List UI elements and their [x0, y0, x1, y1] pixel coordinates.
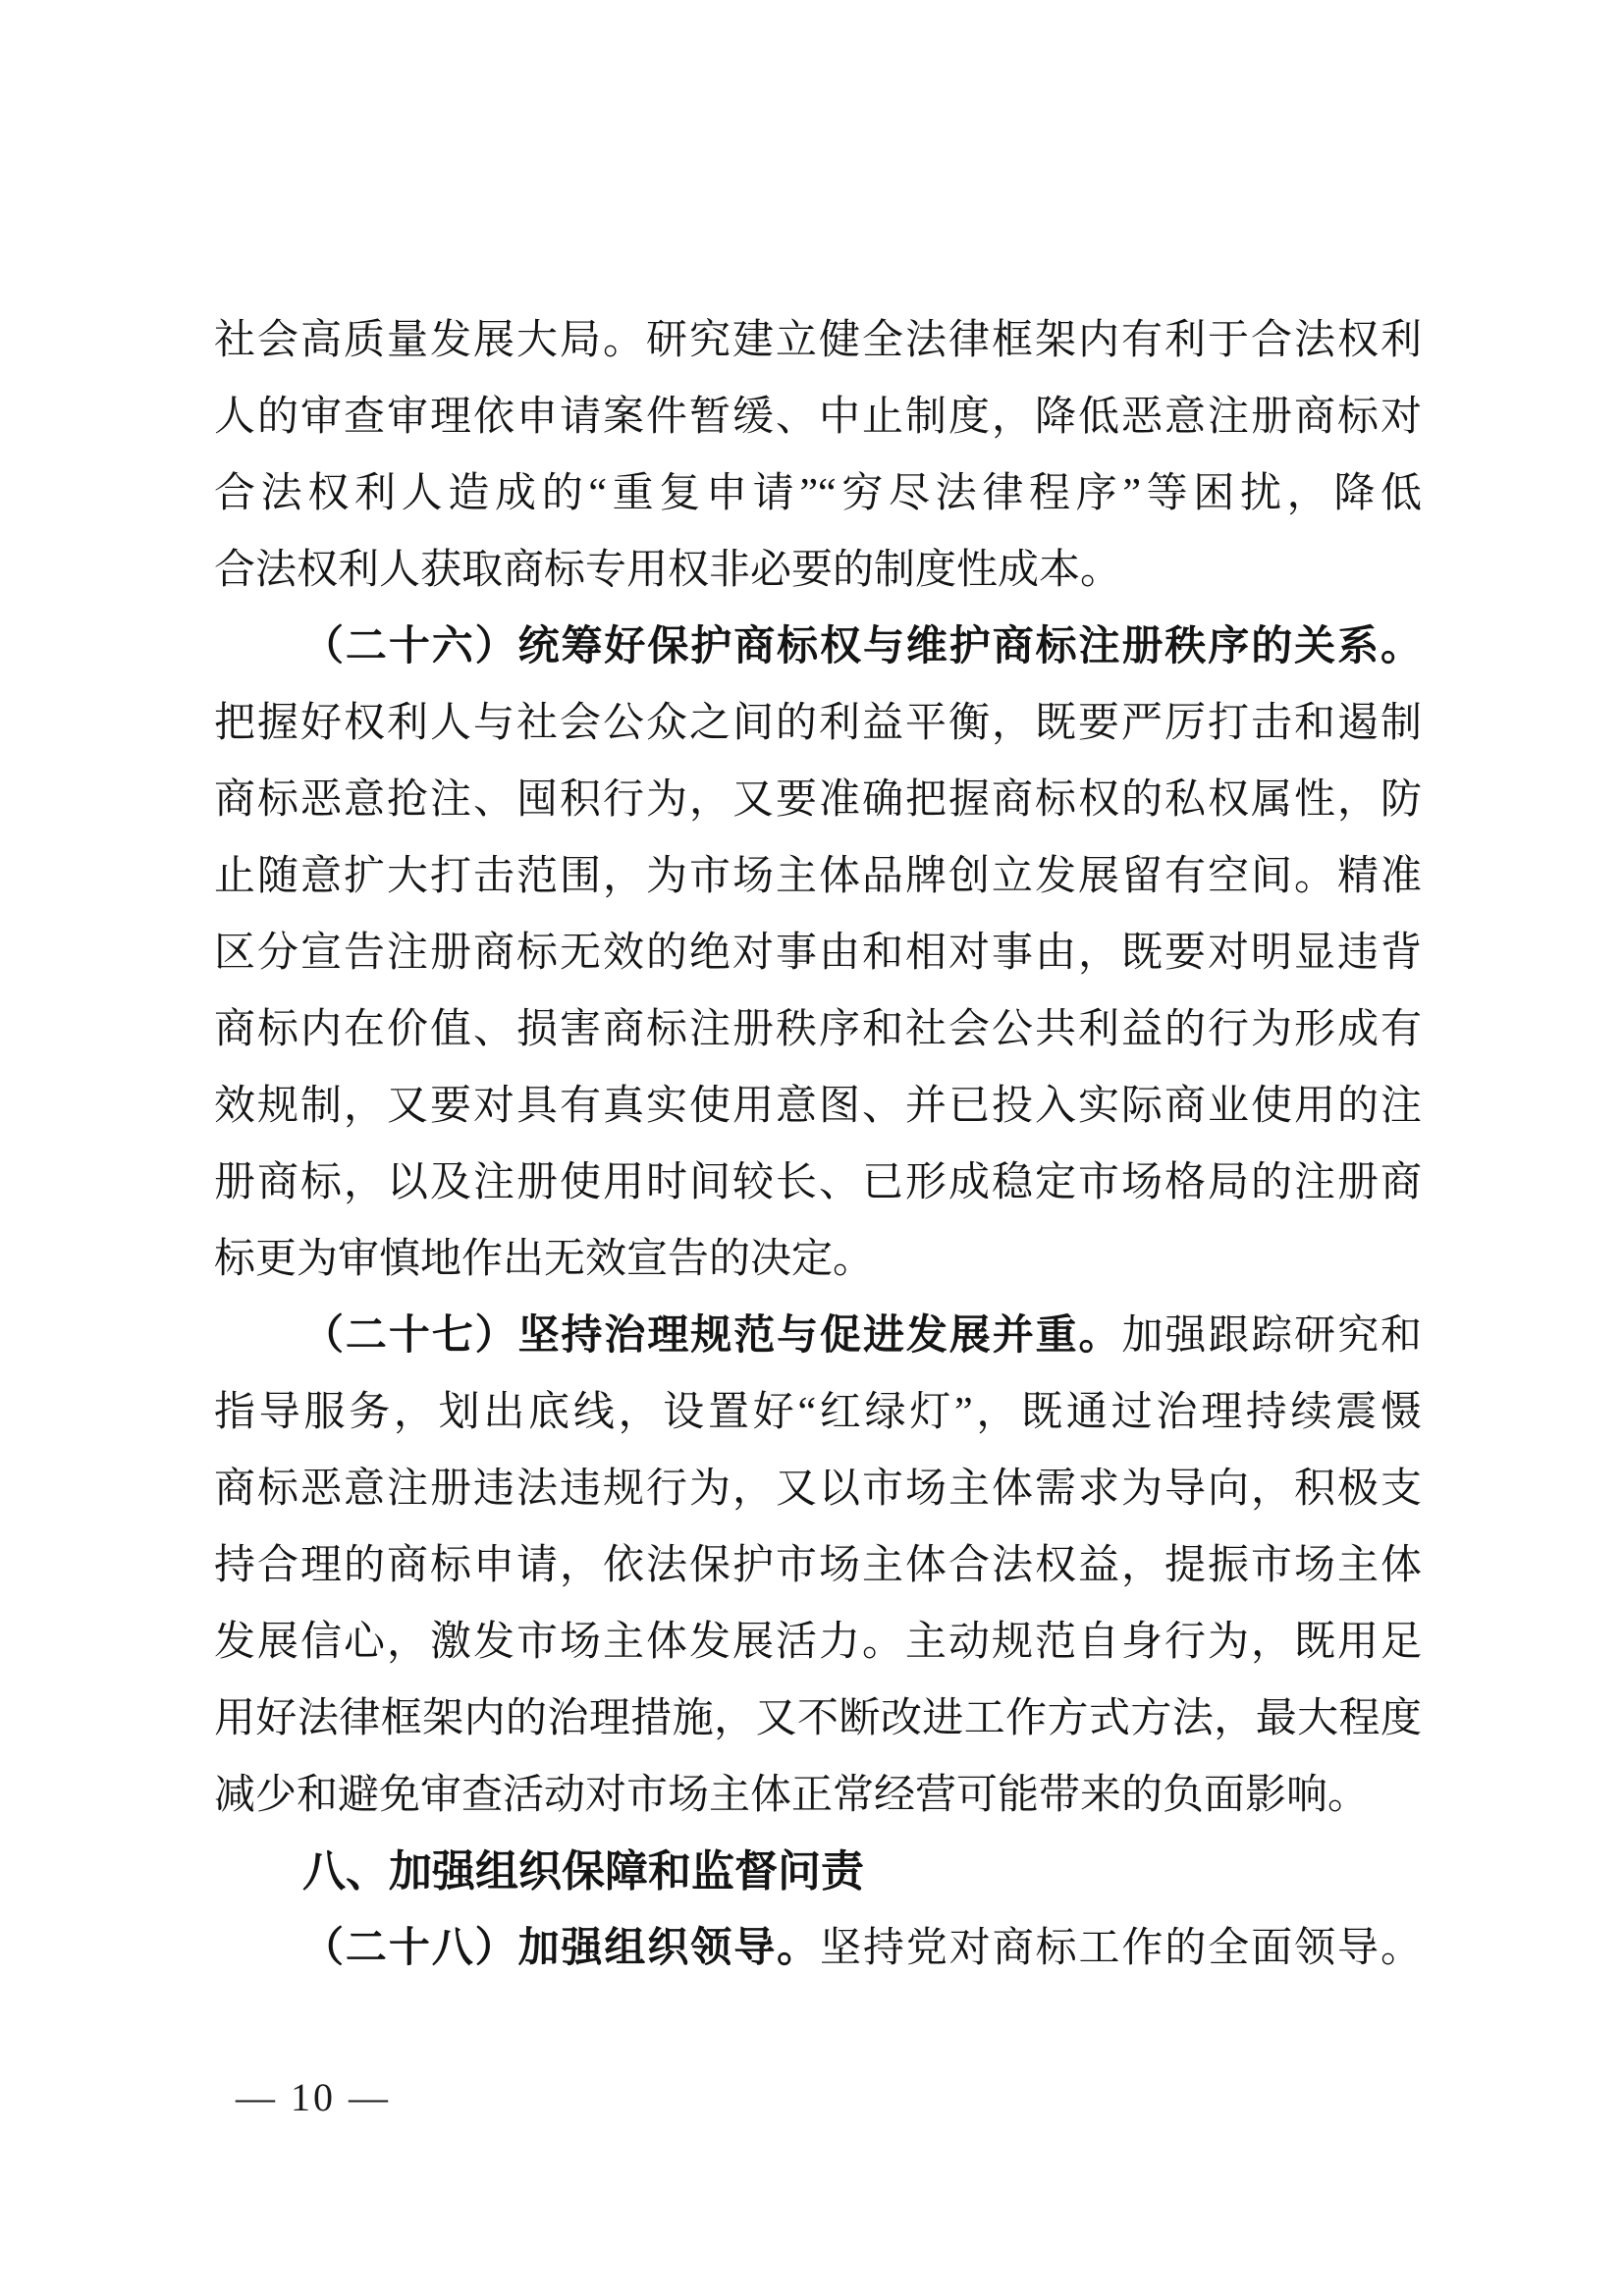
body-line: 合法权利人获取商标专用权非必要的制度性成本。 — [214, 532, 1422, 609]
body-line-text: 止随意扩大打击范围，为市场主体品牌创立发展留有空间。精准 — [214, 854, 1422, 899]
body-line: 人的审查审理依申请案件暂缓、中止制度，降低恶意注册商标对 — [214, 379, 1422, 455]
body-line: 册商标，以及注册使用时间较长、已形成稳定市场格局的注册商 — [214, 1145, 1422, 1221]
body-line-text: 效规制，又要对具有真实使用意图、并已投入实际商业使用的注 — [214, 1084, 1422, 1129]
section-heading-bold: （二十七）坚持治理规范与促进发展并重。 — [302, 1313, 1121, 1359]
section-heading-bold: （二十八）加强组织领导。 — [302, 1926, 820, 1971]
document-body: 社会高质量发展大局。研究建立健全法律框架内有利于合法权利 人的审查审理依申请案件… — [214, 302, 1422, 1987]
body-line-text: 加强跟踪研究和 — [1121, 1313, 1422, 1359]
body-line: 把握好权利人与社会公众之间的利益平衡，既要严厉打击和遏制 — [214, 685, 1422, 762]
chapter-heading-8: 八、加强组织保障和监督问责 — [214, 1834, 1422, 1910]
body-line: 发展信心，激发市场主体发展活力。主动规范自身行为，既用足 — [214, 1604, 1422, 1681]
page-number: — 10 — — [236, 2073, 391, 2122]
body-line: 商标恶意抢注、囤积行为，又要准确把握商标权的私权属性，防 — [214, 762, 1422, 838]
body-line-text: 持合理的商标申请，依法保护市场主体合法权益，提振市场主体 — [214, 1543, 1422, 1588]
body-line: 区分宣告注册商标无效的绝对事由和相对事由，既要对明显违背 — [214, 915, 1422, 991]
section-heading-27: （二十七）坚持治理规范与促进发展并重。加强跟踪研究和 — [214, 1298, 1422, 1374]
body-line-text: 社会高质量发展大局。研究建立健全法律框架内有利于合法权利 — [214, 318, 1422, 363]
body-line: 效规制，又要对具有真实使用意图、并已投入实际商业使用的注 — [214, 1068, 1422, 1145]
body-line: 标更为审慎地作出无效宣告的决定。 — [214, 1221, 1422, 1298]
body-line-text: 标更为审慎地作出无效宣告的决定。 — [214, 1237, 874, 1282]
body-line-text: 合法权利人造成的“重复申请”“穷尽法律程序”等困扰，降低 — [214, 471, 1422, 516]
body-line-text: 商标恶意抢注、囤积行为，又要准确把握商标权的私权属性，防 — [214, 777, 1422, 823]
body-line: 商标内在价值、损害商标注册秩序和社会公共利益的行为形成有 — [214, 991, 1422, 1068]
body-line-text: 册商标，以及注册使用时间较长、已形成稳定市场格局的注册商 — [214, 1160, 1422, 1205]
body-line: 商标恶意注册违法违规行为，又以市场主体需求为导向，积极支 — [214, 1451, 1422, 1527]
document-page: 社会高质量发展大局。研究建立健全法律框架内有利于合法权利 人的审查审理依申请案件… — [0, 0, 1624, 2296]
body-line: 止随意扩大打击范围，为市场主体品牌创立发展留有空间。精准 — [214, 838, 1422, 915]
body-line: 指导服务，划出底线，设置好“红绿灯”，既通过治理持续震慑 — [214, 1374, 1422, 1451]
body-line: 用好法律框架内的治理措施，又不断改进工作方式方法，最大程度 — [214, 1681, 1422, 1757]
body-line-text: 商标恶意注册违法违规行为，又以市场主体需求为导向，积极支 — [214, 1467, 1422, 1512]
page-number-label: — 10 — — [236, 2075, 391, 2119]
body-line-text: 人的审查审理依申请案件暂缓、中止制度，降低恶意注册商标对 — [214, 395, 1422, 440]
body-line-text: 减少和避免审查活动对市场主体正常经营可能带来的负面影响。 — [214, 1773, 1369, 1818]
body-line-text: 指导服务，划出底线，设置好“红绿灯”，既通过治理持续震慑 — [214, 1390, 1422, 1435]
body-line-text: 把握好权利人与社会公众之间的利益平衡，既要严厉打击和遏制 — [214, 701, 1422, 746]
body-line-text: 商标内在价值、损害商标注册秩序和社会公共利益的行为形成有 — [214, 1007, 1422, 1052]
body-line-text: 发展信心，激发市场主体发展活力。主动规范自身行为，既用足 — [214, 1620, 1422, 1665]
body-line-text: 合法权利人获取商标专用权非必要的制度性成本。 — [214, 548, 1121, 593]
chapter-heading-text: 八、加强组织保障和监督问责 — [302, 1847, 864, 1896]
section-heading-26: （二十六）统筹好保护商标权与维护商标注册秩序的关系。 — [214, 609, 1422, 685]
body-line: 合法权利人造成的“重复申请”“穷尽法律程序”等困扰，降低 — [214, 455, 1422, 532]
body-line-text: 坚持党对商标工作的全面领导。 — [820, 1926, 1422, 1971]
body-line: 持合理的商标申请，依法保护市场主体合法权益，提振市场主体 — [214, 1527, 1422, 1604]
body-line: 减少和避免审查活动对市场主体正常经营可能带来的负面影响。 — [214, 1757, 1422, 1834]
body-line: 社会高质量发展大局。研究建立健全法律框架内有利于合法权利 — [214, 302, 1422, 379]
body-line-text: 区分宣告注册商标无效的绝对事由和相对事由，既要对明显违背 — [214, 931, 1422, 976]
section-heading-bold: （二十六）统筹好保护商标权与维护商标注册秩序的关系。 — [302, 624, 1422, 669]
body-line-text: 用好法律框架内的治理措施，又不断改进工作方式方法，最大程度 — [214, 1696, 1422, 1741]
section-heading-28: （二十八）加强组织领导。坚持党对商标工作的全面领导。 — [214, 1910, 1422, 1987]
